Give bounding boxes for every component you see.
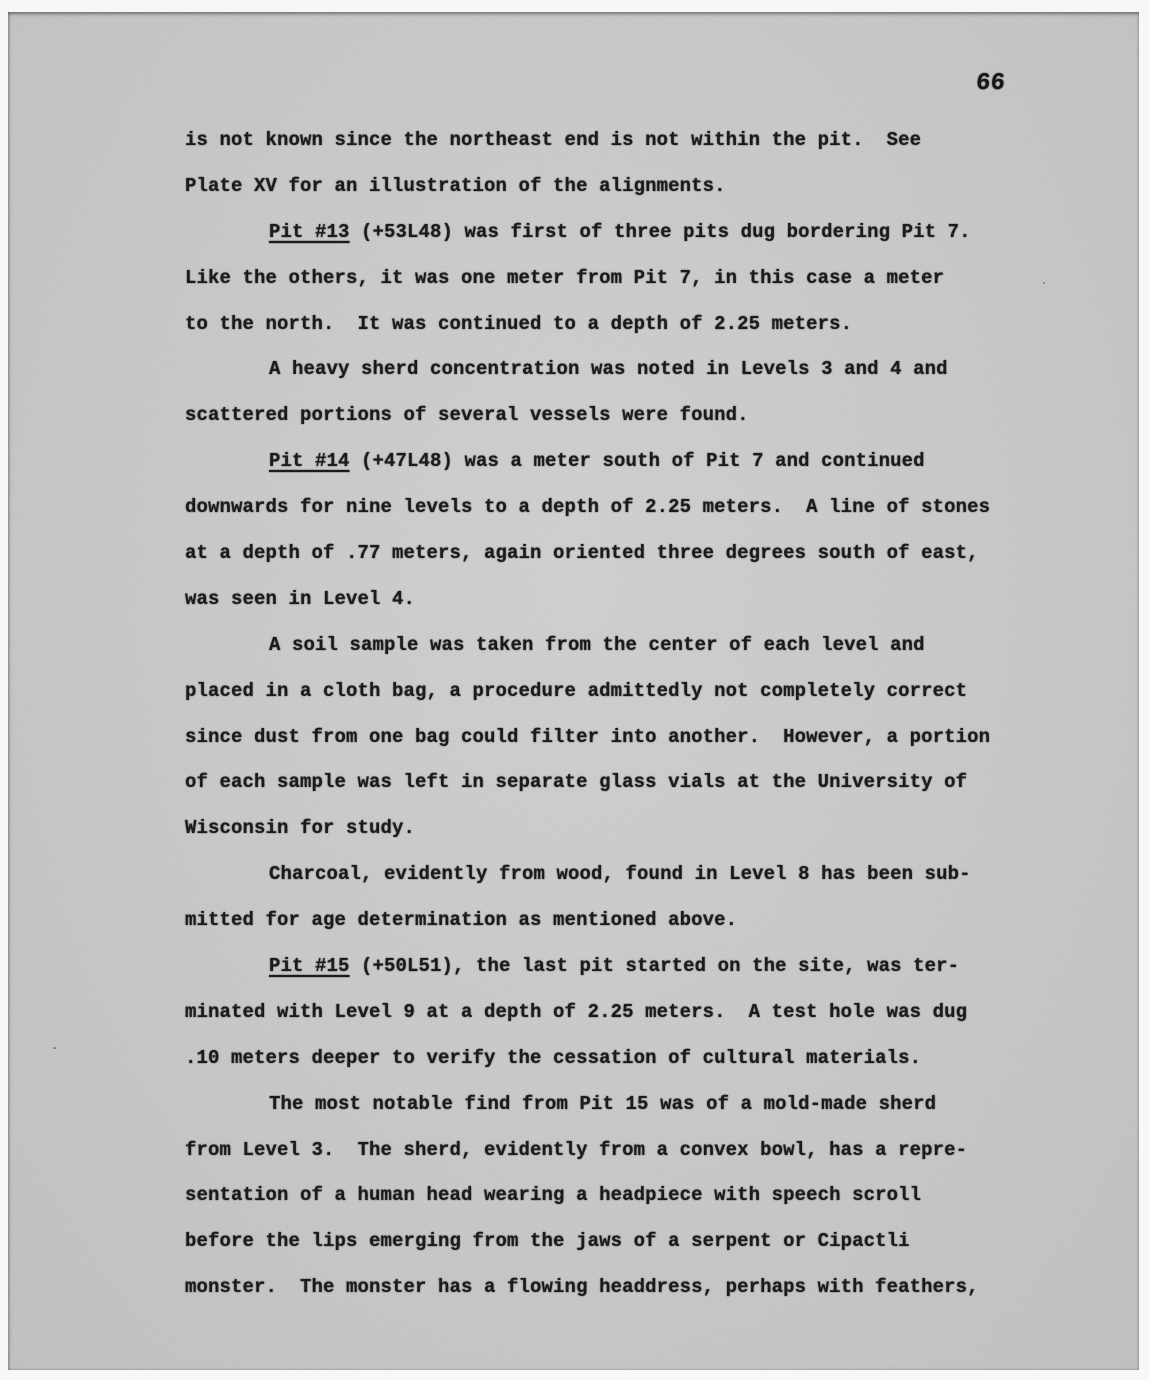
text-block: is not known since the northeast end is … [185,118,1015,1311]
text-line: Like the others, it was one meter from P… [185,256,1015,302]
text-segment: to the north. It was continued to a dept… [185,313,852,335]
text-line: from Level 3. The sherd, evidently from … [185,1128,1015,1174]
text-segment: placed in a cloth bag, a procedure admit… [185,680,967,702]
text-line: A soil sample was taken from the center … [185,623,1015,669]
text-line: Pit #15 (+50L51), the last pit started o… [185,944,1015,990]
text-line: before the lips emerging from the jaws o… [185,1219,1015,1265]
text-segment: since dust from one bag could filter int… [185,726,990,748]
text-line: A heavy sherd concentration was noted in… [185,347,1015,393]
text-line: Pit #14 (+47L48) was a meter south of Pi… [185,439,1015,485]
underlined-pit-label: Pit #15 [269,955,350,977]
text-segment: scattered portions of several vessels we… [185,404,749,426]
text-segment: minated with Level 9 at a depth of 2.25 … [185,1001,967,1023]
underlined-pit-label: Pit #14 [269,450,350,472]
text-segment: Wisconsin for study. [185,817,415,839]
text-line: .10 meters deeper to verify the cessatio… [185,1036,1015,1082]
scan-speck [53,1047,56,1049]
text-line: was seen in Level 4. [185,577,1015,623]
text-line: monster. The monster has a flowing headd… [185,1265,1015,1311]
text-line: since dust from one bag could filter int… [185,715,1015,761]
text-line: minated with Level 9 at a depth of 2.25 … [185,990,1015,1036]
text-segment: A soil sample was taken from the center … [269,634,925,656]
text-segment: was seen in Level 4. [185,588,415,610]
text-segment: (+53L48) was first of three pits dug bor… [350,221,971,243]
text-line: placed in a cloth bag, a procedure admit… [185,669,1015,715]
text-line: Plate XV for an illustration of the alig… [185,164,1015,210]
text-line: at a depth of .77 meters, again oriented… [185,531,1015,577]
text-segment: A heavy sherd concentration was noted in… [269,358,948,380]
page-number: 66 [975,70,1007,97]
text-segment: Charcoal, evidently from wood, found in … [269,863,971,885]
text-line: Charcoal, evidently from wood, found in … [185,852,1015,898]
text-line: Wisconsin for study. [185,806,1015,852]
text-segment: The most notable find from Pit 15 was of… [269,1093,936,1115]
text-segment: before the lips emerging from the jaws o… [185,1230,910,1252]
text-line: downwards for nine levels to a depth of … [185,485,1015,531]
text-segment: (+47L48) was a meter south of Pit 7 and … [350,450,925,472]
text-line: The most notable find from Pit 15 was of… [185,1082,1015,1128]
text-line: Pit #13 (+53L48) was first of three pits… [185,210,1015,256]
text-segment: Like the others, it was one meter from P… [185,267,944,289]
text-line: mitted for age determination as mentione… [185,898,1015,944]
text-segment: sentation of a human head wearing a head… [185,1184,921,1206]
text-line: of each sample was left in separate glas… [185,760,1015,806]
text-segment: is not known since the northeast end is … [185,129,921,151]
text-segment: Plate XV for an illustration of the alig… [185,175,726,197]
text-segment: mitted for age determination as mentione… [185,909,737,931]
text-line: scattered portions of several vessels we… [185,393,1015,439]
text-line: is not known since the northeast end is … [185,118,1015,164]
scan-speck [1043,282,1045,284]
text-segment: downwards for nine levels to a depth of … [185,496,990,518]
underlined-pit-label: Pit #13 [269,221,350,243]
text-segment: at a depth of .77 meters, again oriented… [185,542,979,564]
scanned-document-page: { "page": { "number": "66" }, "colors": … [0,0,1149,1380]
text-segment: (+50L51), the last pit started on the si… [350,955,960,977]
paper-sheet: 66 is not known since the northeast end … [8,12,1139,1370]
text-segment: from Level 3. The sherd, evidently from … [185,1139,967,1161]
text-segment: of each sample was left in separate glas… [185,771,967,793]
text-segment: monster. The monster has a flowing headd… [185,1276,979,1298]
text-segment: .10 meters deeper to verify the cessatio… [185,1047,921,1069]
text-line: to the north. It was continued to a dept… [185,302,1015,348]
text-line: sentation of a human head wearing a head… [185,1173,1015,1219]
